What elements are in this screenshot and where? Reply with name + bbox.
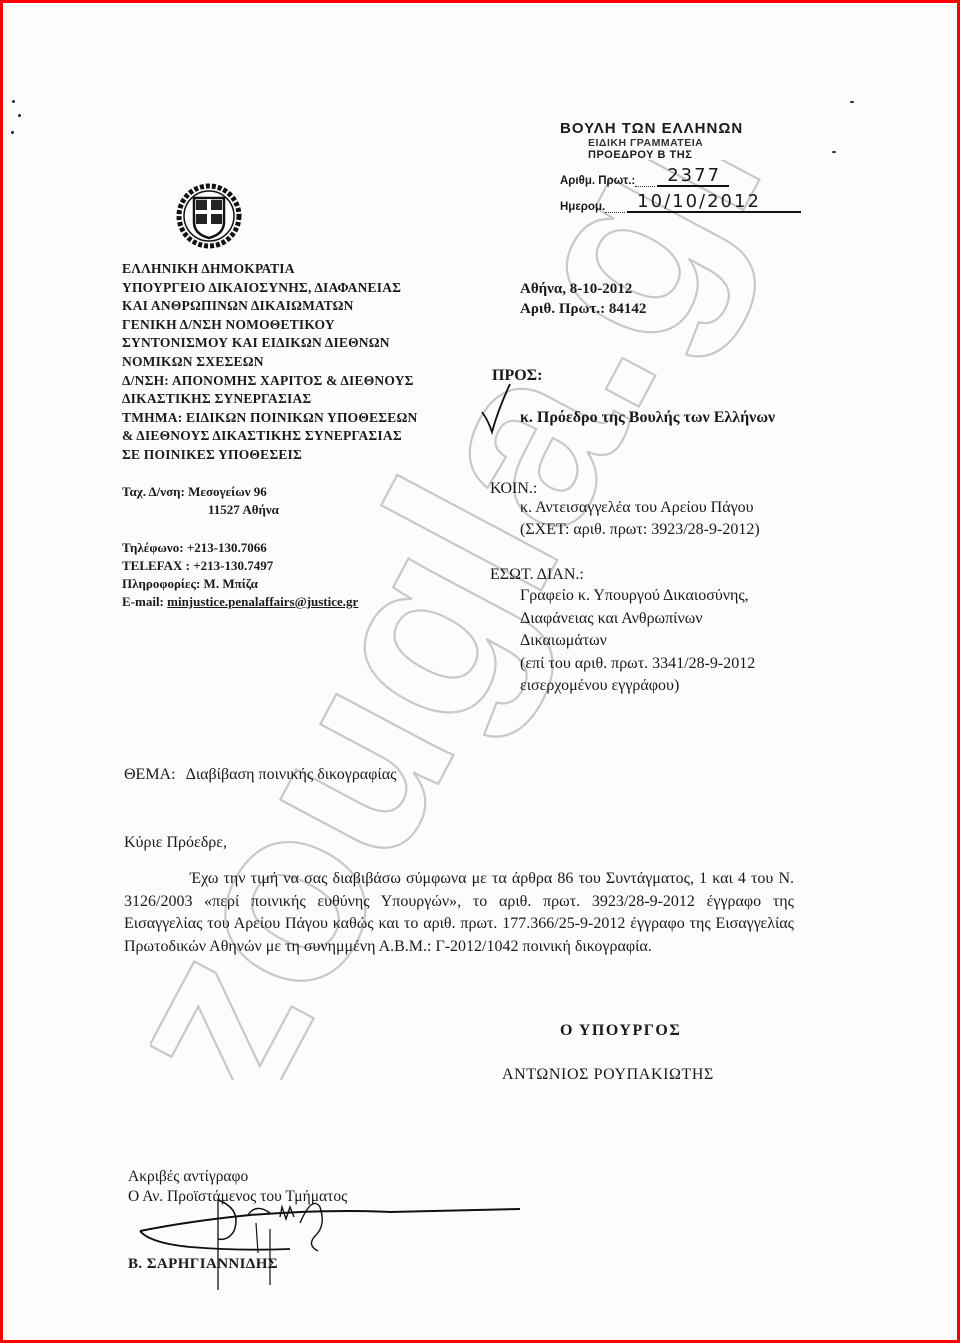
internal-distribution-line: εισερχομένου εγγράφου) [520,675,755,698]
cc-line: κ. Αντεισαγγελέα του Αρείου Πάγου [520,497,760,519]
checkmark-icon [478,380,518,435]
internal-distribution-line: Διαφάνειας και Ανθρωπίνων [520,608,755,631]
email-label: E-mail: [122,594,164,609]
stamp-subtitle: ΕΙΔΙΚΗ ΓΡΑΜΜΑΤΕΙΑ [588,137,801,149]
stamp-date-row: Ημερομ. 10/10/2012 [560,193,801,213]
scan-speck [18,114,21,117]
sender-line: ΔΙΚΑΣΤΙΚΗΣ ΣΥΝΕΡΓΑΣΙΑΣ [122,390,417,409]
subject-line: ΘΕΜΑ: Διαβίβαση ποινικής δικογραφίας [124,766,396,784]
cc-label: ΚΟΙΝ.: [490,480,537,498]
address-street: Μεσογείων 96 [188,484,267,499]
internal-distribution-line: Γραφείο κ. Υπουργού Δικαιοσύνης, [520,585,755,608]
sender-contact: Τηλέφωνο: +213-130.7066 TELEFAX : +213-1… [122,539,358,611]
info-line: Πληροφορίες: Μ. Μπίζα [122,575,358,593]
handwritten-signature-icon [130,1195,530,1295]
sender-line: ΝΟΜΙΚΩΝ ΣΧΕΣΕΩΝ [122,353,417,372]
stamp-date-label: Ημερομ. [560,201,605,213]
letter-body-paragraph: Έχω την τιμή να σας διαβιβάσω σύμφωνα με… [124,868,794,958]
stamp-protocol-label: Αριθμ. Πρωτ.: [560,175,635,187]
letter-body: Έχω την τιμή να σας διαβιβάσω σύμφωνα με… [124,868,794,958]
sender-ministry-block: ΕΛΛΗΝΙΚΗ ΔΗΜΟΚΡΑΤΙΑΥΠΟΥΡΓΕΙΟ ΔΙΚΑΙΟΣΥΝΗΣ… [122,260,417,465]
stamp-protocol-row: Αριθμ. Πρωτ.: 2377 [560,167,801,187]
greek-coat-of-arms-icon [174,182,244,250]
subject-value: Διαβίβαση ποινικής δικογραφίας [186,766,397,783]
stamp-protocol-value: 2377 [657,167,729,187]
internal-distribution-line: Δικαιωμάτων [520,630,755,653]
sender-line: & ΔΙΕΘΝΟΥΣ ΔΙΚΑΣΤΙΚΗΣ ΣΥΝΕΡΓΑΣΙΑΣ [122,427,417,446]
sender-line: ΓΕΝΙΚΗ Δ/ΝΣΗ ΝΟΜΟΘΕΤΙΚΟΥ [122,316,417,335]
scan-speck [12,100,15,103]
scan-speck [11,131,14,134]
scan-speck [850,101,854,103]
sender-line: ΚΑΙ ΑΝΘΡΩΠΙΝΩΝ ΔΙΚΑΙΩΜΑΤΩΝ [122,297,417,316]
document-date-block: Αθήνα, 8-10-2012 Αριθ. Πρωτ.: 84142 [520,279,646,319]
document-protocol: Αριθ. Πρωτ.: 84142 [520,299,646,319]
internal-distribution-recipients: Γραφείο κ. Υπουργού Δικαιοσύνης,Διαφάνει… [520,585,755,698]
scan-speck [832,151,836,153]
email-link[interactable]: minjustice.penalaffairs@justice.gr [167,594,358,609]
internal-distribution-label: ΕΣΩΤ. ΔΙΑΝ.: [490,566,584,584]
stamp-title: ΒΟΥΛΗ ΤΩΝ ΕΛΛΗΝΩΝ [560,120,801,137]
certified-copy-label: Ακριβές αντίγραφο [128,1167,347,1187]
document-frame [0,0,960,1343]
sender-line: ΕΛΛΗΝΙΚΗ ΔΗΜΟΚΡΑΤΙΑ [122,260,417,279]
sender-line: ΥΠΟΥΡΓΕΙΟ ΔΙΚΑΙΟΣΥΝΗΣ, ΔΙΑΦΑΝΕΙΑΣ [122,279,417,298]
sender-line: Δ/ΝΣΗ: ΑΠΟΝΟΜΗΣ ΧΑΡΙΤΟΣ & ΔΙΕΘΝΟΥΣ [122,372,417,391]
to-recipient: κ. Πρόεδρο της Βουλής των Ελλήνων [520,409,775,427]
cc-line: (ΣΧΕΤ: αριθ. πρωτ: 3923/28-9-2012) [520,519,760,541]
cc-recipients: κ. Αντεισαγγελέα του Αρείου Πάγου(ΣΧΕΤ: … [520,497,760,541]
document-date: Αθήνα, 8-10-2012 [520,279,646,299]
sender-line: ΣΥΝΤΟΝΙΣΜΟΥ ΚΑΙ ΕΙΔΙΚΩΝ ΔΙΕΘΝΩΝ [122,334,417,353]
signatory-title: Ο ΥΠΟΥΡΓΟΣ [560,1022,681,1040]
internal-distribution-line: (επί του αριθ. πρωτ. 3341/28-9-2012 [520,653,755,676]
fax-line: TELEFAX : +213-130.7497 [122,557,358,575]
sender-line: ΤΜΗΜΑ: ΕΙΔΙΚΩΝ ΠΟΙΝΙΚΩΝ ΥΠΟΘΕΣΕΩΝ [122,409,417,428]
address-city: 11527 Αθήνα [122,501,279,519]
stamp-date-value: 10/10/2012 [627,193,801,213]
signatory-name: ΑΝΤΩΝΙΟΣ ΡΟΥΠΑΚΙΩΤΗΣ [502,1066,714,1084]
parliament-receipt-stamp: ΒΟΥΛΗ ΤΩΝ ΕΛΛΗΝΩΝ ΕΙΔΙΚΗ ΓΡΑΜΜΑΤΕΙΑ ΠΡΟΕ… [560,120,801,213]
sender-address: Ταχ. Δ/νση: Μεσογείων 96 11527 Αθήνα [122,483,279,519]
phone-line: Τηλέφωνο: +213-130.7066 [122,539,358,557]
address-label: Ταχ. Δ/νση: [122,484,185,499]
salutation: Κύριε Πρόεδρε, [124,834,227,852]
subject-label: ΘΕΜΑ: [124,766,176,783]
sender-line: ΣΕ ΠΟΙΝΙΚΕΣ ΥΠΟΘΕΣΕΙΣ [122,446,417,465]
stamp-subtitle-2: ΠΡΟΕΔΡΟΥ Β ΤΗΣ [588,149,801,161]
